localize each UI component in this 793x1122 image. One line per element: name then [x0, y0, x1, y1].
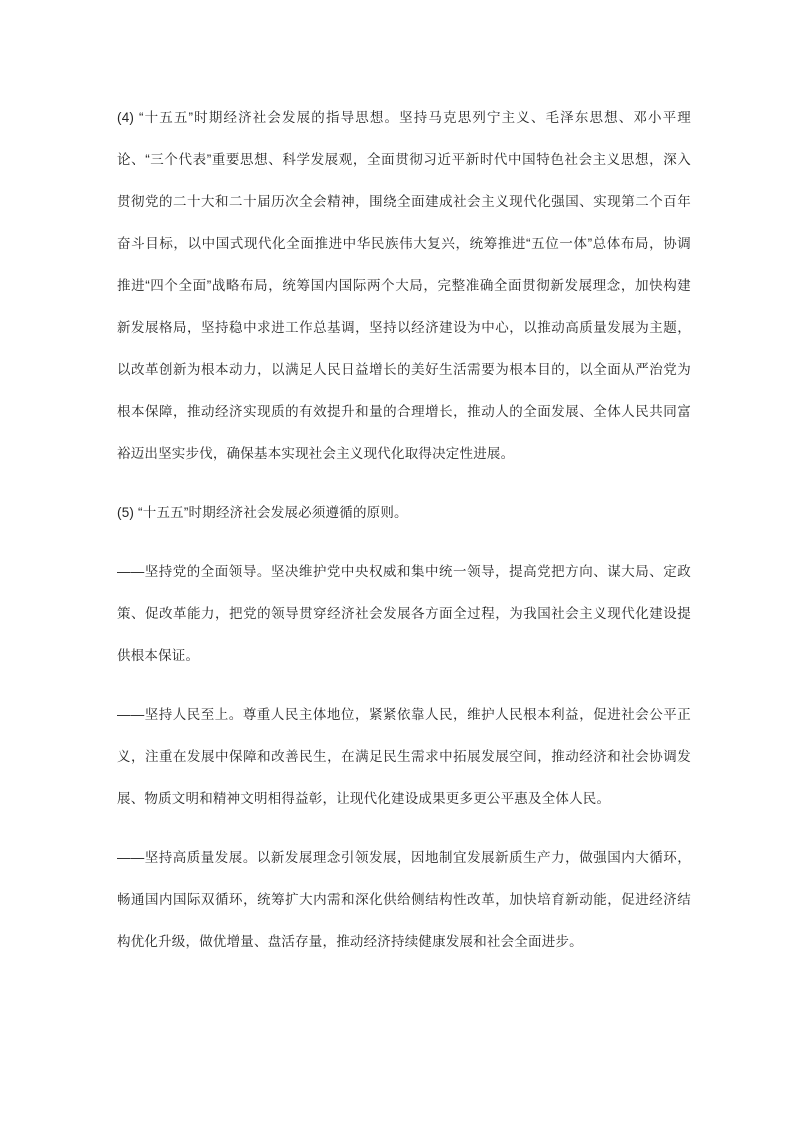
paragraph-principle-party-leadership: ——坚持党的全面领导。坚决维护党中央权威和集中统一领导，提高党把方向、谋大局、定… [117, 551, 691, 677]
paragraph-guiding-ideology: (4) “十五五”时期经济社会发展的指导思想。坚持马克思列宁主义、毛泽东思想、邓… [117, 97, 691, 475]
text-line: ——坚持人民至上。尊重人民主体地位，紧紧依靠人民，维护人民根本利益，促进社会公平… [117, 694, 691, 736]
document-page: (4) “十五五”时期经济社会发展的指导思想。坚持马克思列宁主义、毛泽东思想、邓… [0, 0, 793, 1122]
text-line: 奋斗目标，以中国式现代化全面推进中华民族伟大复兴，统筹推进“五位一体”总体布局，… [117, 223, 691, 265]
text-line: 推进“四个全面”战略布局，统筹国内国际两个大局，完整准确全面贯彻新发展理念，加快… [117, 265, 691, 307]
text-line: (4) “十五五”时期经济社会发展的指导思想。坚持马克思列宁主义、毛泽东思想、邓… [117, 97, 691, 139]
text-line: 新发展格局，坚持稳中求进工作总基调，坚持以经济建设为中心，以推动高质量发展为主题… [117, 307, 691, 349]
text-line: (5) “十五五”时期经济社会发展必须遵循的原则。 [117, 492, 691, 534]
text-line: 义，注重在发展中保障和改善民生，在满足民生需求中拓展发展空间，推动经济和社会协调… [117, 736, 691, 778]
paragraph-principle-high-quality-development: ——坚持高质量发展。以新发展理念引领发展，因地制宜发展新质生产力，做强国内大循环… [117, 837, 691, 963]
text-line: ——坚持党的全面领导。坚决维护党中央权威和集中统一领导，提高党把方向、谋大局、定… [117, 551, 691, 593]
text-line: 以改革创新为根本动力，以满足人民日益增长的美好生活需要为根本目的，以全面从严治党… [117, 349, 691, 391]
text-line: ——坚持高质量发展。以新发展理念引领发展，因地制宜发展新质生产力，做强国内大循环… [117, 837, 691, 879]
text-line: 策、促改革能力，把党的领导贯穿经济社会发展各方面全过程，为我国社会主义现代化建设… [117, 593, 691, 635]
text-line: 论、“三个代表”重要思想、科学发展观，全面贯彻习近平新时代中国特色社会主义思想，… [117, 139, 691, 181]
paragraph-principle-people-first: ——坚持人民至上。尊重人民主体地位，紧紧依靠人民，维护人民根本利益，促进社会公平… [117, 694, 691, 820]
text-line: 展、物质文明和精神文明相得益彰，让现代化建设成果更多更公平惠及全体人民。 [117, 778, 691, 820]
text-line: 畅通国内国际双循环，统筹扩大内需和深化供给侧结构性改革，加快培育新动能，促进经济… [117, 879, 691, 921]
text-line: 构优化升级，做优增量、盘活存量，推动经济持续健康发展和社会全面进步。 [117, 921, 691, 963]
text-line: 根本保障，推动经济实现质的有效提升和量的合理增长，推动人的全面发展、全体人民共同… [117, 391, 691, 433]
text-line: 贯彻党的二十大和二十届历次全会精神，围绕全面建成社会主义现代化强国、实现第二个百… [117, 181, 691, 223]
text-line: 供根本保证。 [117, 635, 691, 677]
text-line: 裕迈出坚实步伐，确保基本实现社会主义现代化取得决定性进展。 [117, 433, 691, 475]
paragraph-principles-heading: (5) “十五五”时期经济社会发展必须遵循的原则。 [117, 492, 691, 534]
document-text-block: (4) “十五五”时期经济社会发展的指导思想。坚持马克思列宁主义、毛泽东思想、邓… [117, 97, 691, 980]
